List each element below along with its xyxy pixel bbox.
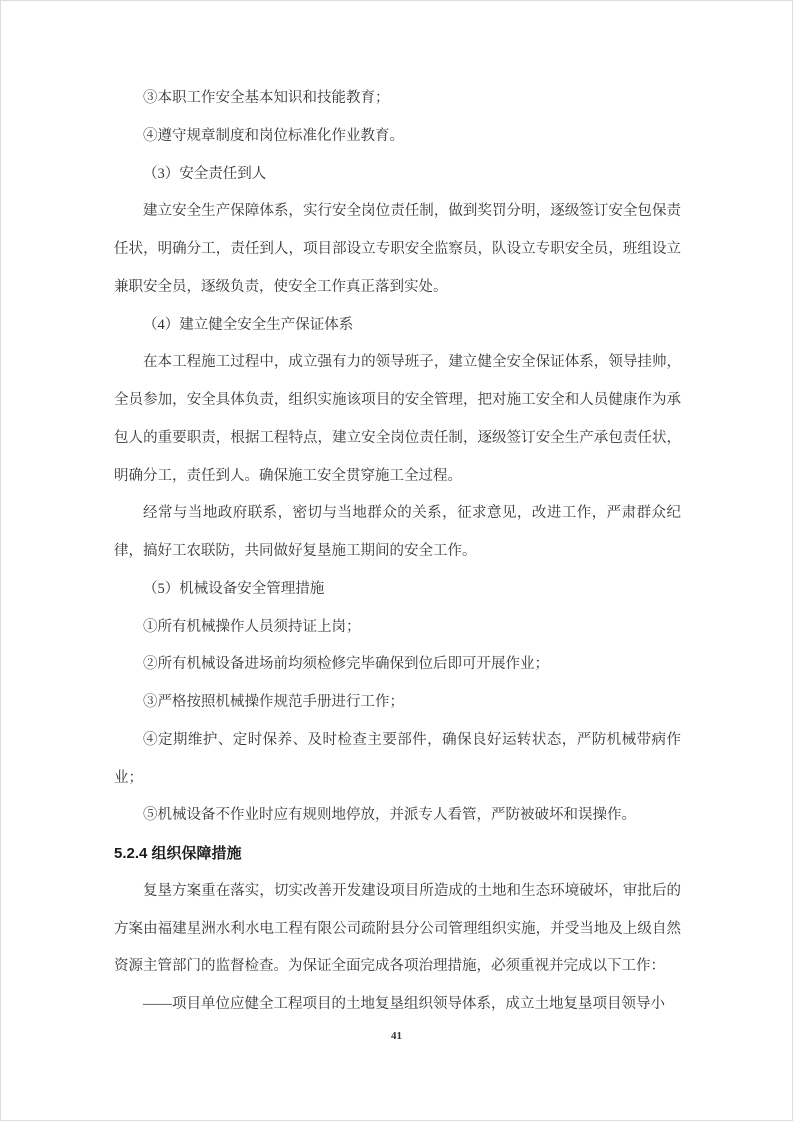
paragraph: ——项目单位应健全工程项目的土地复垦组织领导体系，成立土地复垦项目领导小: [114, 986, 681, 1024]
text-line: 经常与当地政府联系，密切与当地群众的关系，征求意见，改进工作，严肃群众纪: [114, 495, 681, 533]
text-line: ——项目单位应健全工程项目的土地复垦组织领导体系，成立土地复垦项目领导小: [114, 986, 681, 1024]
paragraph: ①所有机械操作人员须持证上岗；: [114, 609, 681, 647]
text-line: （4）建立健全安全生产保证体系: [114, 307, 681, 345]
text-line: （5）机械设备安全管理措施: [114, 571, 681, 609]
text-line: ①所有机械操作人员须持证上岗；: [114, 609, 681, 647]
paragraph: （3）安全责任到人: [114, 156, 681, 194]
page-number: 41: [391, 1030, 402, 1042]
text-line: 复垦方案重在落实，切实改善开发建设项目所造成的土地和生态环境破坏，审批后的: [114, 873, 681, 911]
text-line: 5.2.4 组织保障措施: [114, 835, 681, 873]
text-line: ④遵守规章制度和岗位标准化作业教育。: [114, 118, 681, 156]
paragraph: ④定期维护、定时保养、及时检查主要部件，确保良好运转状态，严防机械带病作业；: [114, 722, 681, 798]
text-line: 任状，明确分工，责任到人，项目部设立专职安全监察员，队设立专职安全员，班组设立: [114, 231, 681, 269]
paragraph: （5）机械设备安全管理措施: [114, 571, 681, 609]
paragraph: 建立安全生产保障体系，实行安全岗位责任制，做到奖罚分明，逐级签订安全包保责任状，…: [114, 193, 681, 306]
text-line: ⑤机械设备不作业时应有规则地停放，并派专人看管，严防被破坏和误操作。: [114, 797, 681, 835]
text-line: ②所有机械设备进场前均须检修完毕确保到位后即可开展作业；: [114, 646, 681, 684]
paragraph: ④遵守规章制度和岗位标准化作业教育。: [114, 118, 681, 156]
paragraph: 复垦方案重在落实，切实改善开发建设项目所造成的土地和生态环境破坏，审批后的方案由…: [114, 873, 681, 986]
text-line: 资源主管部门的监督检查。为保证全面完成各项治理措施，必须重视并完成以下工作：: [114, 948, 681, 986]
text-line: ④定期维护、定时保养、及时检查主要部件，确保良好运转状态，严防机械带病作: [114, 722, 681, 760]
paragraph: 经常与当地政府联系，密切与当地群众的关系，征求意见，改进工作，严肃群众纪律，搞好…: [114, 495, 681, 571]
paragraph: 在本工程施工过程中，成立强有力的领导班子，建立健全安全保证体系，领导挂帅，全员参…: [114, 344, 681, 495]
text-line: 包人的重要职责，根据工程特点，建立安全岗位责任制，逐级签订安全生产承包责任状，: [114, 420, 681, 458]
text-line: 明确分工，责任到人。确保施工安全贯穿施工全过程。: [114, 458, 681, 496]
text-line: （3）安全责任到人: [114, 156, 681, 194]
paragraph: ⑤机械设备不作业时应有规则地停放，并派专人看管，严防被破坏和误操作。: [114, 797, 681, 835]
text-line: 在本工程施工过程中，成立强有力的领导班子，建立健全安全保证体系，领导挂帅，: [114, 344, 681, 382]
text-line: ③本职工作安全基本知识和技能教育；: [114, 80, 681, 118]
paragraph: ③本职工作安全基本知识和技能教育；: [114, 80, 681, 118]
paragraph: ③严格按照机械操作规范手册进行工作；: [114, 684, 681, 722]
document-body: ③本职工作安全基本知识和技能教育；④遵守规章制度和岗位标准化作业教育。（3）安全…: [114, 80, 681, 1024]
document-page: ③本职工作安全基本知识和技能教育；④遵守规章制度和岗位标准化作业教育。（3）安全…: [0, 0, 793, 1121]
page-footer: 41: [1, 1029, 792, 1043]
text-line: 兼职安全员，逐级负责，使安全工作真正落到实处。: [114, 269, 681, 307]
text-line: 全员参加，安全具体负责，组织实施该项目的安全管理，把对施工安全和人员健康作为承: [114, 382, 681, 420]
text-line: 业；: [114, 760, 681, 798]
text-line: ③严格按照机械操作规范手册进行工作；: [114, 684, 681, 722]
section-heading: 5.2.4 组织保障措施: [114, 835, 681, 873]
text-line: 方案由福建星洲水利水电工程有限公司疏附县分公司管理组织实施，并受当地及上级自然: [114, 911, 681, 949]
paragraph: ②所有机械设备进场前均须检修完毕确保到位后即可开展作业；: [114, 646, 681, 684]
text-line: 律，搞好工农联防，共同做好复垦施工期间的安全工作。: [114, 533, 681, 571]
paragraph: （4）建立健全安全生产保证体系: [114, 307, 681, 345]
text-line: 建立安全生产保障体系，实行安全岗位责任制，做到奖罚分明，逐级签订安全包保责: [114, 193, 681, 231]
